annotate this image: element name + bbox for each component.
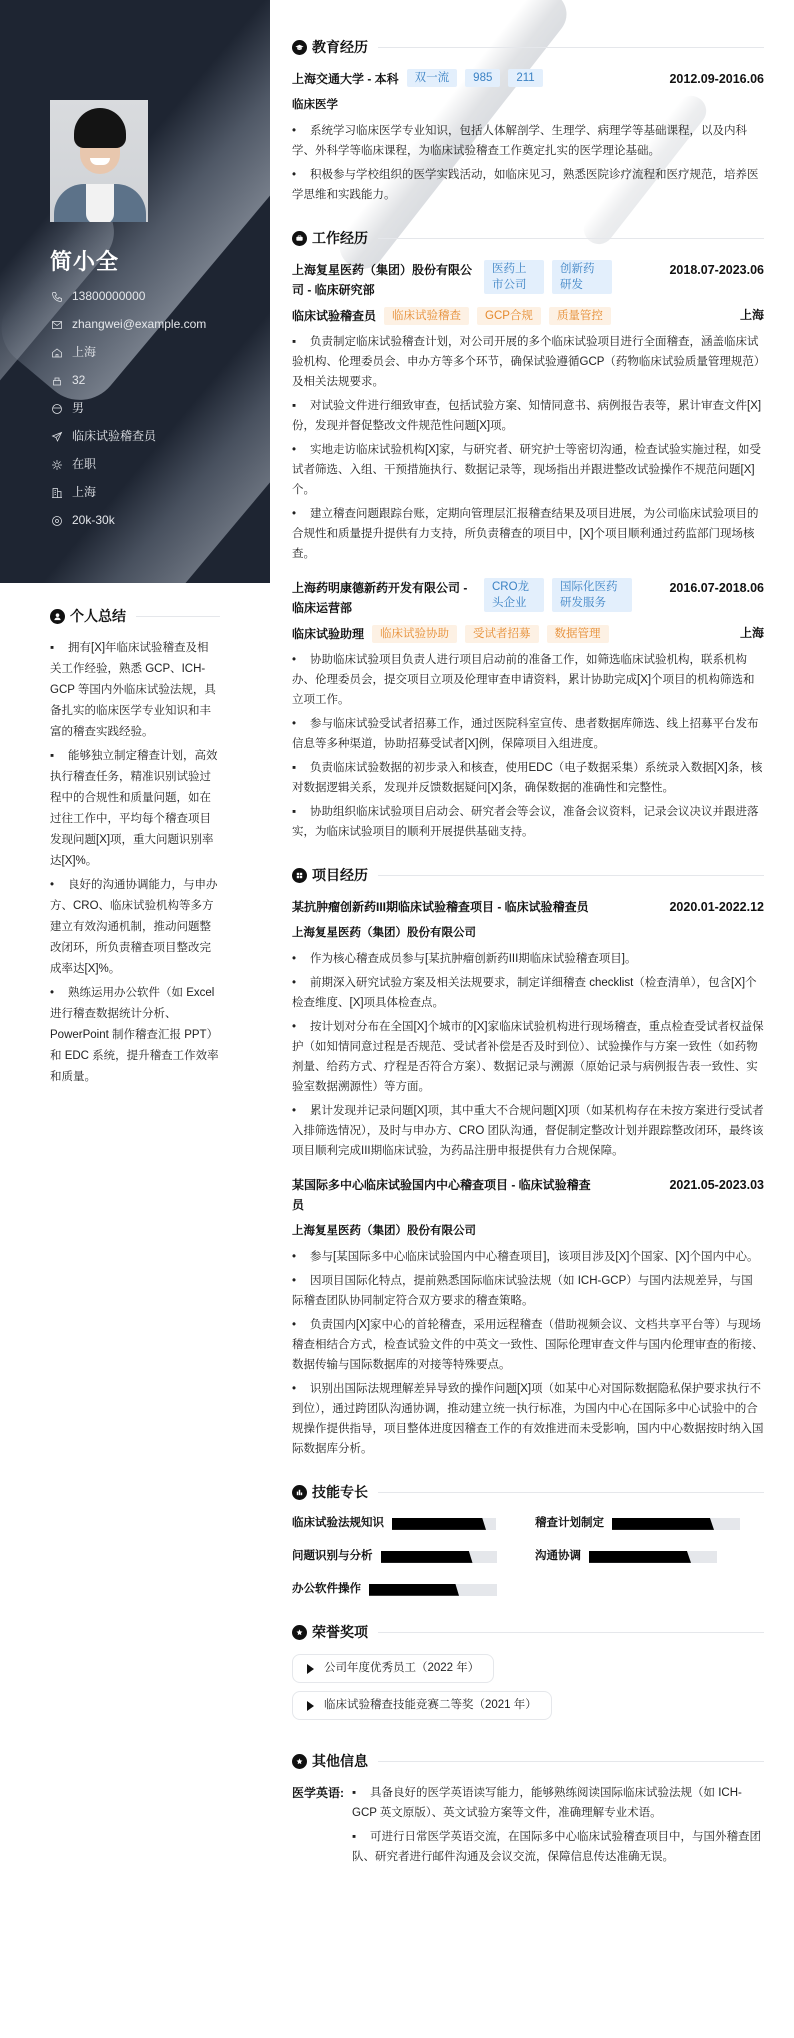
contact-list: 13800000000 zhangwei@example.com 上海 32 男	[50, 283, 206, 535]
skill-tag: 数据管理	[547, 625, 609, 643]
job-details: •协助临床试验项目负责人进行项目启动前的准备工作，如筛选临床试验机构，联系机构办…	[292, 650, 764, 842]
resume-page: 简小全 13800000000 zhangwei@example.com 上海 …	[0, 0, 794, 2038]
job-date: 2016.07-2018.06	[669, 578, 764, 598]
job-entry: 上海复星医药（集团）股份有限公司 - 临床研究部 医药上市公司 创新药研发 20…	[292, 260, 764, 564]
list-item: •系统学习临床医学专业知识，包括人体解剖学、生理学、病理学等基础课程，以及内科学…	[292, 121, 764, 161]
divider	[378, 1632, 764, 1633]
awards-section: 荣誉奖项 公司年度优秀员工（2022 年） 临床试验稽查技能竞赛二等奖（2021…	[292, 1621, 764, 1728]
skill-bar	[589, 1551, 717, 1563]
list-item: •建立稽查问题跟踪台账，定期向管理层汇报稽查结果及项目进展，为公司临床试验项目的…	[292, 504, 764, 564]
list-item: •作为核心稽查成员参与[某抗肿瘤创新药III期临床试验稽查项目]。	[292, 949, 764, 969]
school-tag: 985	[465, 69, 500, 87]
list-item: ▪拥有[X]年临床试验稽查及相关工作经验，熟悉 GCP、ICH-GCP 等国内外…	[50, 638, 220, 743]
job-location: 上海	[740, 306, 764, 326]
project-company: 上海复星医药（集团）股份有限公司	[292, 923, 764, 943]
list-item: •累计发现并记录问题[X]项，其中重大不合规问题[X]项（如某机构存在未按方案进…	[292, 1101, 764, 1161]
education-section: 教育经历 上海交通大学 - 本科 双一流 985 211 2012.09-201…	[292, 36, 764, 205]
other-info-row: 医学英语: ▪具备良好的医学英语读写能力，能够熟练阅读国际临床试验法规（如 IC…	[292, 1783, 764, 1871]
contact-gender: 男	[50, 395, 206, 423]
divider	[378, 238, 764, 239]
project-date: 2021.05-2023.03	[669, 1175, 764, 1195]
skill-bar	[381, 1551, 497, 1563]
job-location: 上海	[740, 624, 764, 644]
user-icon	[50, 609, 65, 624]
contact-email: zhangwei@example.com	[50, 311, 206, 339]
list-item: •识别出国际法规理解差异导致的操作问题[X]项（如某中心对国际数据隐私保护要求执…	[292, 1379, 764, 1459]
school-name: 上海交通大学 - 本科	[292, 69, 399, 89]
project-name: 某抗肿瘤创新药III期临床试验稽查项目 - 临床试验稽查员	[292, 897, 589, 917]
list-item: ▪能够独立制定稽查计划，高效执行稽查任务，精准识别试验过程中的合规性和质量问题，…	[50, 746, 220, 872]
list-item: •协助临床试验项目负责人进行项目启动前的准备工作，如筛选临床试验机构，联系机构办…	[292, 650, 764, 710]
skill-tag: 临床试验稽查	[384, 307, 469, 325]
main-content: 教育经历 上海交通大学 - 本科 双一流 985 211 2012.09-201…	[270, 0, 794, 2038]
list-item: ▪协助组织临床试验项目启动会、研究者会等会议，准备会议资料，记录会议决议并跟进落…	[292, 802, 764, 842]
education-entry: 上海交通大学 - 本科 双一流 985 211 2012.09-2016.06 …	[292, 69, 764, 205]
work-section: 工作经历 上海复星医药（集团）股份有限公司 - 临床研究部 医药上市公司 创新药…	[292, 227, 764, 842]
candidate-name: 简小全	[50, 244, 119, 280]
other-info-section: 其他信息 医学英语: ▪具备良好的医学英语读写能力，能够熟练阅读国际临床试验法规…	[292, 1750, 764, 1871]
project-company: 上海复星医药（集团）股份有限公司	[292, 1221, 764, 1241]
send-icon	[50, 430, 64, 444]
job-details: ▪负责制定临床试验稽查计划，对公司开展的多个临床试验项目进行全面稽查，涵盖临床试…	[292, 332, 764, 564]
list-item: •良好的沟通协调能力，与申办方、CRO、临床试验机构等多方建立有效沟通机制，推动…	[50, 875, 220, 980]
profile-panel: 简小全 13800000000 zhangwei@example.com 上海 …	[0, 0, 270, 583]
other-info-label: 医学英语:	[292, 1783, 352, 1803]
summary-section: 个人总结 ▪拥有[X]年临床试验稽查及相关工作经验，熟悉 GCP、ICH-GCP…	[0, 583, 270, 1088]
company-name: 上海复星医药（集团）股份有限公司 - 临床研究部	[292, 260, 472, 300]
job-role: 临床试验助理	[292, 624, 364, 644]
graduation-cap-icon	[292, 40, 307, 55]
building-icon	[50, 486, 64, 500]
avatar	[50, 100, 148, 222]
skill-tag: GCP合规	[477, 307, 541, 325]
project-icon	[292, 868, 307, 883]
project-details: •作为核心稽查成员参与[某抗肿瘤创新药III期临床试验稽查项目]。 •前期深入研…	[292, 949, 764, 1161]
award-item: 公司年度优秀员工（2022 年）	[292, 1654, 494, 1683]
mail-icon	[50, 318, 64, 332]
company-tag: CRO龙头企业	[484, 578, 544, 612]
skills-section: 技能专长 临床试验法规知识 稽查计划制定 问题识别与分析 沟通协调	[292, 1481, 764, 1599]
education-date: 2012.09-2016.06	[669, 69, 764, 89]
bar-chart-icon	[292, 1485, 307, 1500]
list-item: ▪负责临床试验数据的初步录入和核查，使用EDC（电子数据采集）系统录入数据[X]…	[292, 758, 764, 798]
skill-tag: 受试者招募	[465, 625, 539, 643]
section-header: 其他信息	[292, 1750, 764, 1773]
section-header: 技能专长	[292, 1481, 764, 1504]
list-item: ▪可进行日常医学英语交流，在国际多中心临床试验稽查项目中，与国外稽查团队、研究者…	[352, 1827, 764, 1867]
project-name: 某国际多中心临床试验国内中心稽查项目 - 临床试验稽查员	[292, 1175, 602, 1215]
list-item: •前期深入研究试验方案及相关法规要求，制定详细稽查 checklist（检查清单…	[292, 973, 764, 1013]
company-tag: 国际化医药研发服务	[552, 578, 632, 612]
list-item: •因项目国际化特点，提前熟悉国际临床试验法规（如 ICH-GCP）与国内法规差异…	[292, 1271, 764, 1311]
divider	[378, 1492, 764, 1493]
contact-city: 上海	[50, 479, 206, 507]
divider	[378, 875, 764, 876]
list-item: •负责国内[X]家中心的首轮稽查，采用远程稽查（借助视频会议、文档共享平台等）与…	[292, 1315, 764, 1375]
contact-salary: 20k-30k	[50, 507, 206, 535]
contact-position: 临床试验稽查员	[50, 423, 206, 451]
list-item: •按计划对分布在全国[X]个城市的[X]家临床试验机构进行现场稽查，重点检查受试…	[292, 1017, 764, 1097]
project-details: •参与[某国际多中心临床试验国内中心稽查项目]，该项目涉及[X]个国家、[X]个…	[292, 1247, 764, 1459]
phone-icon	[50, 290, 64, 304]
divider	[378, 1761, 764, 1762]
divider	[378, 47, 764, 48]
list-item: ▪具备良好的医学英语读写能力，能够熟练阅读国际临床试验法规（如 ICH-GCP …	[352, 1783, 764, 1823]
triangle-icon	[307, 1664, 314, 1674]
contact-age: 32	[50, 367, 206, 395]
job-role: 临床试验稽查员	[292, 306, 376, 326]
divider	[136, 616, 220, 617]
list-item: ▪对试验文件进行细致审查，包括试验方案、知情同意书、病例报告表等，累计审查文件[…	[292, 396, 764, 436]
school-tag: 211	[508, 69, 542, 87]
info-icon	[292, 1754, 307, 1769]
section-header: 荣誉奖项	[292, 1621, 764, 1644]
list-item: •参与[某国际多中心临床试验国内中心稽查项目]，该项目涉及[X]个国家、[X]个…	[292, 1247, 764, 1267]
projects-section: 项目经历 某抗肿瘤创新药III期临床试验稽查项目 - 临床试验稽查员 2020.…	[292, 864, 764, 1459]
section-header: 工作经历	[292, 227, 764, 250]
award-icon	[292, 1625, 307, 1640]
contact-phone: 13800000000	[50, 283, 206, 311]
awards-list: 公司年度优秀员工（2022 年） 临床试验稽查技能竞赛二等奖（2021 年）	[292, 1654, 764, 1728]
list-item: •熟练运用办公软件（如 Excel 进行稽查数据统计分析、PowerPoint …	[50, 983, 220, 1088]
skill-bar	[369, 1584, 497, 1596]
briefcase-icon	[292, 231, 307, 246]
skill-tag: 临床试验协助	[372, 625, 457, 643]
skill-bar	[612, 1518, 740, 1530]
project-date: 2020.01-2022.12	[669, 897, 764, 917]
salary-icon	[50, 514, 64, 528]
job-date: 2018.07-2023.06	[669, 260, 764, 280]
section-header: 个人总结	[50, 605, 220, 628]
company-name: 上海药明康德新药开发有限公司 - 临床运营部	[292, 578, 472, 618]
section-header: 项目经历	[292, 864, 764, 887]
project-entry: 某抗肿瘤创新药III期临床试验稽查项目 - 临床试验稽查员 2020.01-20…	[292, 897, 764, 1161]
gender-icon	[50, 402, 64, 416]
company-tag: 创新药研发	[552, 260, 612, 294]
section-header: 教育经历	[292, 36, 764, 59]
major: 临床医学	[292, 95, 764, 115]
summary-list: ▪拥有[X]年临床试验稽查及相关工作经验，熟悉 GCP、ICH-GCP 等国内外…	[50, 638, 220, 1088]
contact-location: 上海	[50, 339, 206, 367]
company-tag: 医药上市公司	[484, 260, 544, 294]
skill-item: 临床试验法规知识	[292, 1514, 521, 1533]
status-icon	[50, 458, 64, 472]
age-icon	[50, 374, 64, 388]
home-icon	[50, 346, 64, 360]
skill-bar	[392, 1518, 496, 1530]
skill-tag: 质量管控	[549, 307, 611, 325]
skill-item: 稽查计划制定	[535, 1514, 764, 1533]
skills-grid: 临床试验法规知识 稽查计划制定 问题识别与分析 沟通协调 办公软件操作	[292, 1514, 764, 1599]
award-item: 临床试验稽查技能竞赛二等奖（2021 年）	[292, 1691, 552, 1720]
job-entry: 上海药明康德新药开发有限公司 - 临床运营部 CRO龙头企业 国际化医药研发服务…	[292, 578, 764, 842]
sidebar: 简小全 13800000000 zhangwei@example.com 上海 …	[0, 0, 270, 2038]
skill-item: 沟通协调	[535, 1547, 764, 1566]
contact-status: 在职	[50, 451, 206, 479]
skill-item: 问题识别与分析	[292, 1547, 521, 1566]
list-item: •实地走访临床试验机构[X]家，与研究者、研究护士等密切沟通，检查试验实施过程，…	[292, 440, 764, 500]
list-item: ▪负责制定临床试验稽查计划，对公司开展的多个临床试验项目进行全面稽查，涵盖临床试…	[292, 332, 764, 392]
school-tag: 双一流	[407, 69, 458, 87]
skill-item: 办公软件操作	[292, 1580, 521, 1599]
project-entry: 某国际多中心临床试验国内中心稽查项目 - 临床试验稽查员 2021.05-202…	[292, 1175, 764, 1459]
triangle-icon	[307, 1701, 314, 1711]
other-info-details: ▪具备良好的医学英语读写能力，能够熟练阅读国际临床试验法规（如 ICH-GCP …	[352, 1783, 764, 1871]
list-item: •参与临床试验受试者招募工作，通过医院科室宣传、患者数据库筛选、线上招募平台发布…	[292, 714, 764, 754]
list-item: •积极参与学校组织的医学实践活动，如临床见习，熟悉医院诊疗流程和医疗规范，培养医…	[292, 165, 764, 205]
education-details: •系统学习临床医学专业知识，包括人体解剖学、生理学、病理学等基础课程，以及内科学…	[292, 121, 764, 205]
